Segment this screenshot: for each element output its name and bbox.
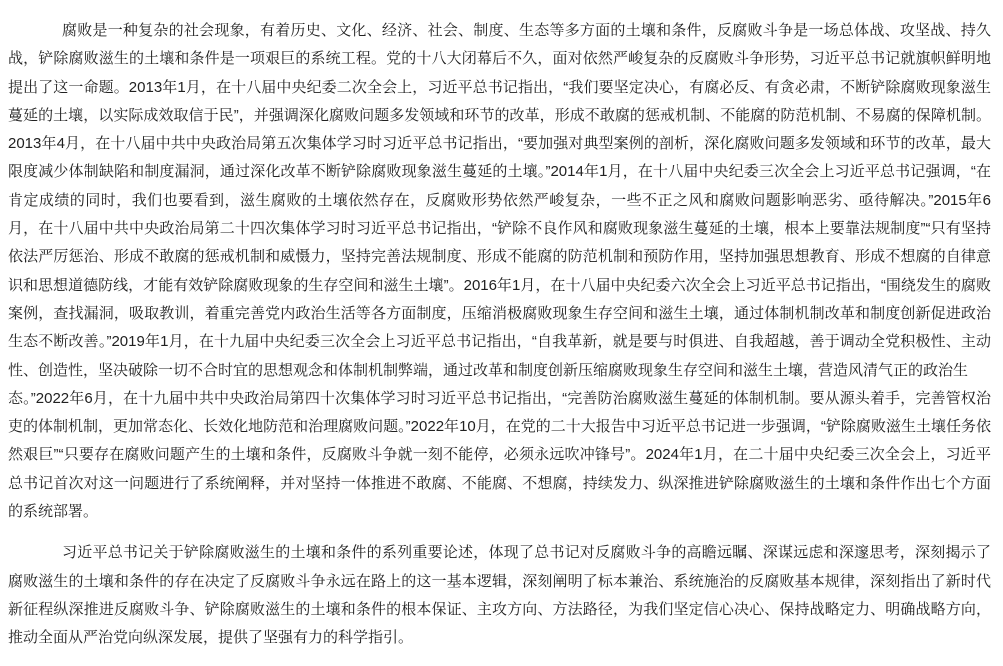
article-body: 腐败是一种复杂的社会现象，有着历史、文化、经济、社会、制度、生态等多方面的土壤和…: [0, 0, 1003, 653]
paragraph-significance-summary: 习近平总书记关于铲除腐败滋生的土壤和条件的系列重要论述，体现了总书记对反腐败斗争…: [8, 539, 991, 652]
paragraph-history-of-statements: 腐败是一种复杂的社会现象，有着历史、文化、经济、社会、制度、生态等多方面的土壤和…: [8, 17, 991, 526]
